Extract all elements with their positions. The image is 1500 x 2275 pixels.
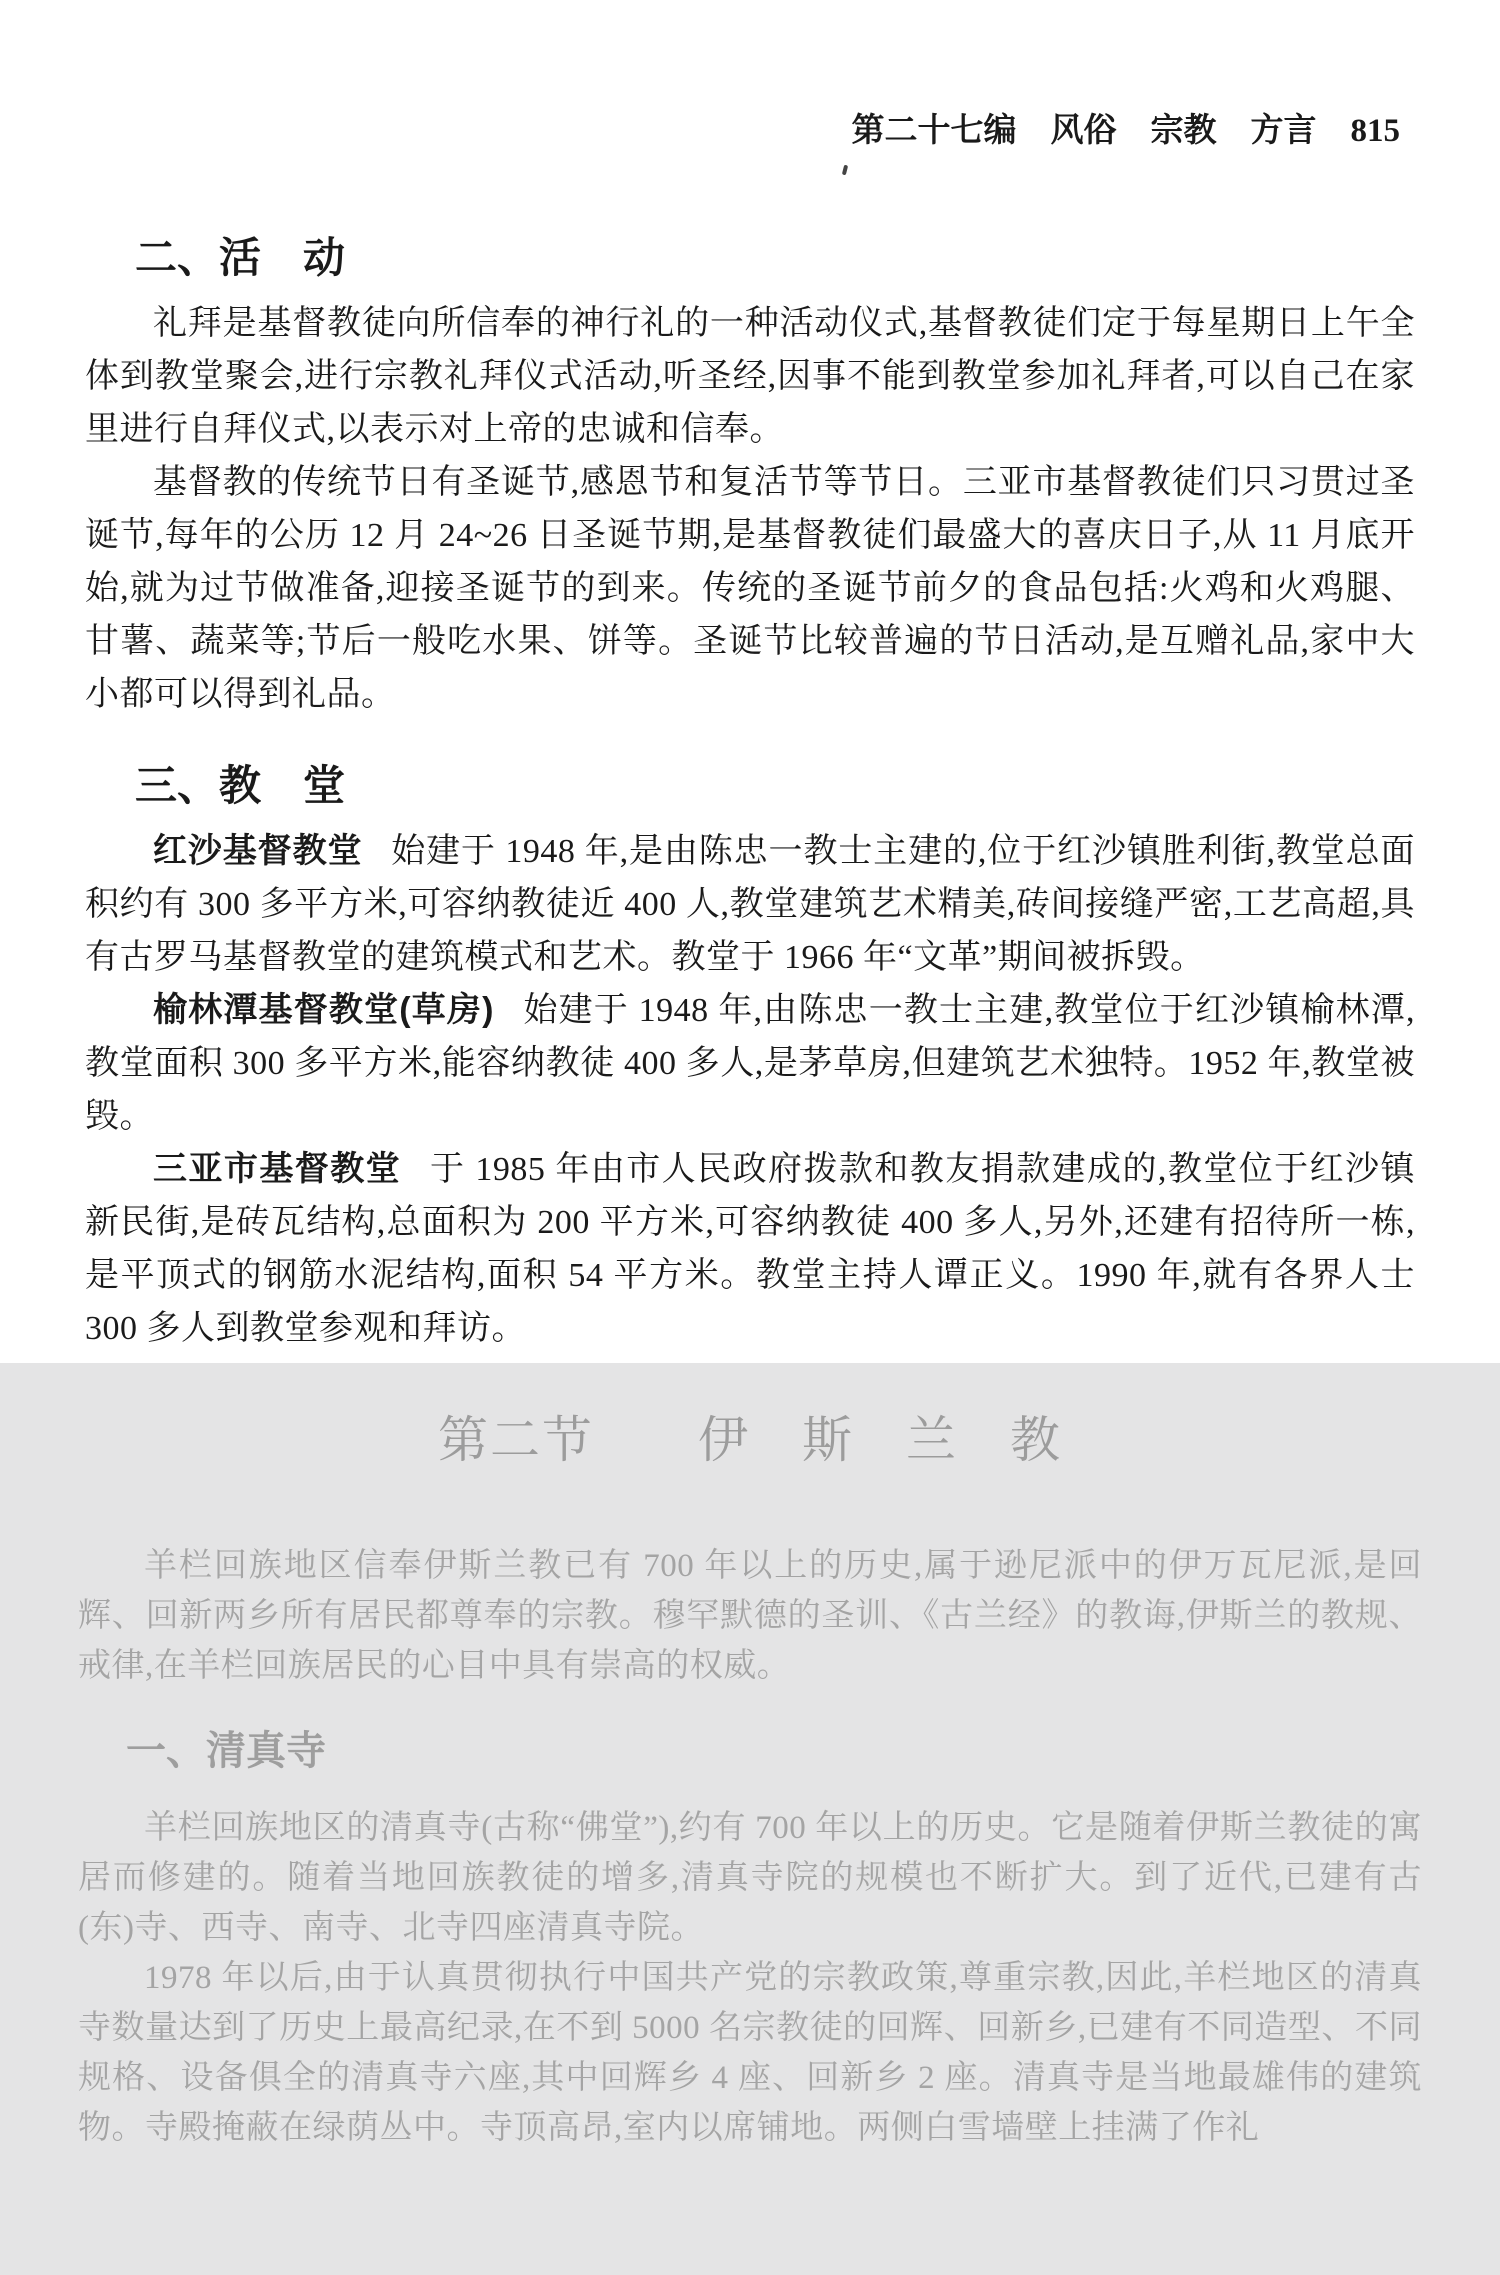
islam-section-title: 第二节 伊 斯 兰 教 xyxy=(78,1411,1422,1469)
heading-churches: 三、教 堂 xyxy=(135,761,1415,811)
running-head: 第二十七编 风俗 宗教 方言 815 xyxy=(0,0,1500,151)
para-church-yulintan: 榆林潭基督教堂(草房)始建于 1948 年,由陈忠一教士主建,教堂位于红沙镇榆林… xyxy=(85,984,1415,1143)
heading-activities: 二、活 动 xyxy=(135,233,1415,283)
header-topic-religion: 宗教 xyxy=(1151,110,1217,150)
header-topic-dialect: 方言 xyxy=(1251,110,1317,150)
church-name-yulintan: 榆林潭基督教堂(草房) xyxy=(153,991,494,1029)
islam-section: 第二节 伊 斯 兰 教 羊栏回族地区信奉伊斯兰教已有 700 年以上的历史,属于… xyxy=(0,1363,1500,2275)
church-name-sanya: 三亚市基督教堂 xyxy=(153,1150,401,1188)
para-mosque-origin: 羊栏回族地区的清真寺(古称“佛堂”),约有 700 年以上的历史。它是随着伊斯兰… xyxy=(78,1803,1422,1953)
christianity-section: 二、活 动 礼拜是基督教徒向所信奉的神行礼的一种活动仪式,基督教徒们定于每星期日… xyxy=(0,233,1500,1355)
heading-mosques: 一、清真寺 xyxy=(126,1727,1422,1775)
para-worship: 礼拜是基督教徒向所信奉的神行礼的一种活动仪式,基督教徒们定于每星期日上午全体到教… xyxy=(85,297,1415,456)
para-festivals: 基督教的传统节日有圣诞节,感恩节和复活节等节日。三亚市基督教徒们只习贯过圣诞节,… xyxy=(85,456,1415,721)
scan-speck xyxy=(842,165,848,176)
church-name-hongsha: 红沙基督教堂 xyxy=(153,832,362,870)
para-mosque-policy: 1978 年以后,由于认真贯彻执行中国共产党的宗教政策,尊重宗教,因此,羊栏地区… xyxy=(78,1953,1422,2153)
book-page: 第二十七编 风俗 宗教 方言 815 二、活 动 礼拜是基督教徒向所信奉的神行礼… xyxy=(0,0,1500,2275)
page-number: 815 xyxy=(1351,111,1401,151)
para-church-hongsha: 红沙基督教堂始建于 1948 年,是由陈忠一教士主建的,位于红沙镇胜利街,教堂总… xyxy=(85,825,1415,984)
header-chapter: 第二十七编 xyxy=(852,110,1017,150)
para-islam-intro: 羊栏回族地区信奉伊斯兰教已有 700 年以上的历史,属于逊尼派中的伊万瓦尼派,是… xyxy=(78,1541,1422,1691)
para-church-sanya: 三亚市基督教堂于 1985 年由市人民政府拨款和教友捐款建成的,教堂位于红沙镇新… xyxy=(85,1143,1415,1355)
header-topic-customs: 风俗 xyxy=(1051,110,1117,150)
